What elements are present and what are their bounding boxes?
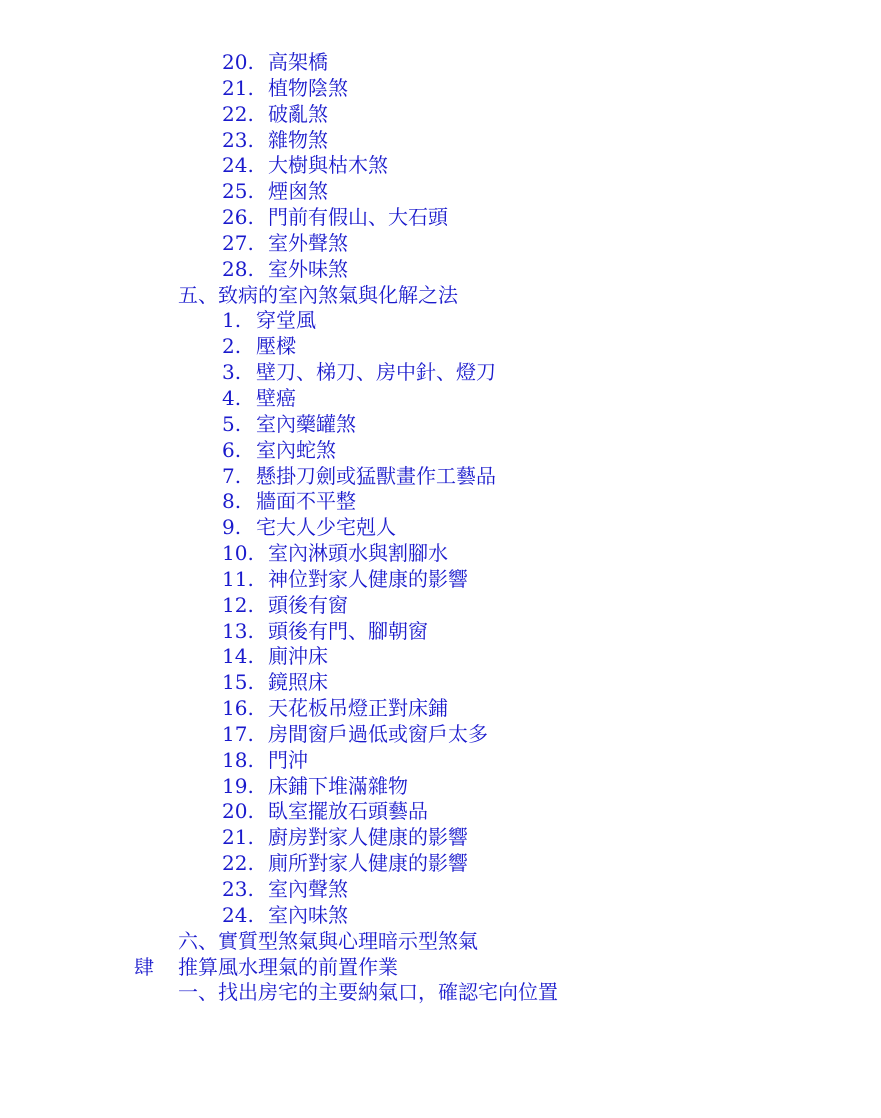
toc-item-number: 23. xyxy=(222,877,254,903)
toc-item-title: 牆面不平整 xyxy=(256,489,356,515)
toc-item-title: 懸掛刀劍或猛獸畫作工藝品 xyxy=(256,464,496,490)
toc-item: 6. 室內蛇煞 xyxy=(0,438,881,464)
table-of-contents: 20. 高架橋 21. 植物陰煞 22. 破亂煞 23. 雜物煞 24. 大樹與… xyxy=(0,50,881,1006)
toc-item-title: 壁癌 xyxy=(256,386,296,412)
toc-item-title: 頭後有窗 xyxy=(268,593,348,619)
toc-item-title: 室內聲煞 xyxy=(268,877,348,903)
toc-item: 9. 宅大人少宅剋人 xyxy=(0,515,881,541)
toc-item-number: 21. xyxy=(222,76,254,102)
toc-item-number: 1. xyxy=(222,308,241,334)
toc-item: 3. 壁刀、梯刀、房中針、燈刀 xyxy=(0,360,881,386)
toc-item: 12. 頭後有窗 xyxy=(0,593,881,619)
toc-item: 20. 臥室擺放石頭藝品 xyxy=(0,799,881,825)
toc-item-number: 15. xyxy=(222,670,254,696)
toc-chapter-heading: 肆 推算風水理氣的前置作業 xyxy=(0,955,881,981)
toc-item: 22. 廁所對家人健康的影響 xyxy=(0,851,881,877)
toc-item-number: 24. xyxy=(222,153,254,179)
toc-item-title: 破亂煞 xyxy=(268,102,328,128)
toc-chapter-title: 推算風水理氣的前置作業 xyxy=(178,955,398,981)
toc-item: 25. 煙囪煞 xyxy=(0,179,881,205)
toc-item-title: 床鋪下堆滿雜物 xyxy=(268,774,408,800)
toc-item-number: 22. xyxy=(222,102,254,128)
toc-item-number: 28. xyxy=(222,257,254,283)
toc-section-heading: 五、致病的室內煞氣與化解之法 xyxy=(0,283,881,309)
toc-item-title: 房間窗戶過低或窗戶太多 xyxy=(268,722,488,748)
toc-item-number: 23. xyxy=(222,128,254,154)
toc-section-title: 五、致病的室內煞氣與化解之法 xyxy=(178,283,458,309)
toc-item: 18. 門沖 xyxy=(0,748,881,774)
toc-section-title: 六、實質型煞氣與心理暗示型煞氣 xyxy=(178,929,478,955)
toc-item-title: 室內蛇煞 xyxy=(256,438,336,464)
toc-item-title: 室外味煞 xyxy=(268,257,348,283)
toc-item-title: 室內藥罐煞 xyxy=(256,412,356,438)
toc-item-title: 門前有假山、大石頭 xyxy=(268,205,448,231)
toc-item-number: 24. xyxy=(222,903,254,929)
toc-section-heading: 六、實質型煞氣與心理暗示型煞氣 xyxy=(0,929,881,955)
toc-item-number: 22. xyxy=(222,851,254,877)
toc-item-number: 3. xyxy=(222,360,241,386)
toc-item-number: 12. xyxy=(222,593,254,619)
toc-section-title: 一、找出房宅的主要納氣口，確認宅向位置 xyxy=(178,980,558,1006)
toc-item-title: 室內味煞 xyxy=(268,903,348,929)
toc-item-title: 煙囪煞 xyxy=(268,179,328,205)
toc-item-title: 門沖 xyxy=(268,748,308,774)
toc-item: 11. 神位對家人健康的影響 xyxy=(0,567,881,593)
toc-item-title: 神位對家人健康的影響 xyxy=(268,567,468,593)
toc-item-number: 2. xyxy=(222,334,241,360)
toc-item-title: 廁所對家人健康的影響 xyxy=(268,851,468,877)
toc-item: 21. 廚房對家人健康的影響 xyxy=(0,825,881,851)
toc-item-number: 8. xyxy=(222,489,241,515)
toc-item-number: 5. xyxy=(222,412,241,438)
toc-item-title: 大樹與枯木煞 xyxy=(268,153,388,179)
toc-item-title: 植物陰煞 xyxy=(268,76,348,102)
toc-item: 16. 天花板吊燈正對床鋪 xyxy=(0,696,881,722)
toc-item-title: 廁沖床 xyxy=(268,644,328,670)
toc-item-title: 宅大人少宅剋人 xyxy=(256,515,396,541)
toc-item: 23. 雜物煞 xyxy=(0,128,881,154)
toc-item-number: 7. xyxy=(222,464,241,490)
toc-item: 8. 牆面不平整 xyxy=(0,489,881,515)
toc-section-heading: 一、找出房宅的主要納氣口，確認宅向位置 xyxy=(0,980,881,1006)
toc-item-number: 16. xyxy=(222,696,254,722)
toc-item-title: 壓樑 xyxy=(256,334,296,360)
toc-item: 10. 室內淋頭水與割腳水 xyxy=(0,541,881,567)
toc-item-title: 鏡照床 xyxy=(268,670,328,696)
toc-item: 26. 門前有假山、大石頭 xyxy=(0,205,881,231)
toc-item-number: 25. xyxy=(222,179,254,205)
toc-item-number: 9. xyxy=(222,515,241,541)
toc-item: 24. 室內味煞 xyxy=(0,903,881,929)
toc-item-title: 穿堂風 xyxy=(256,308,316,334)
toc-item-number: 18. xyxy=(222,748,254,774)
toc-item: 28. 室外味煞 xyxy=(0,257,881,283)
toc-item: 7. 懸掛刀劍或猛獸畫作工藝品 xyxy=(0,464,881,490)
toc-item-number: 20. xyxy=(222,50,254,76)
toc-item-title: 臥室擺放石頭藝品 xyxy=(268,799,428,825)
toc-item: 5. 室內藥罐煞 xyxy=(0,412,881,438)
toc-item-number: 27. xyxy=(222,231,254,257)
toc-item: 1. 穿堂風 xyxy=(0,308,881,334)
toc-item-number: 17. xyxy=(222,722,254,748)
toc-item: 14. 廁沖床 xyxy=(0,644,881,670)
toc-item: 15. 鏡照床 xyxy=(0,670,881,696)
toc-item: 4. 壁癌 xyxy=(0,386,881,412)
toc-item: 20. 高架橋 xyxy=(0,50,881,76)
toc-item-number: 20. xyxy=(222,799,254,825)
toc-item-number: 26. xyxy=(222,205,254,231)
toc-item-number: 21. xyxy=(222,825,254,851)
toc-item-title: 室外聲煞 xyxy=(268,231,348,257)
toc-item: 21. 植物陰煞 xyxy=(0,76,881,102)
toc-item: 27. 室外聲煞 xyxy=(0,231,881,257)
toc-item-number: 13. xyxy=(222,619,254,645)
toc-chapter-number: 肆 xyxy=(134,955,154,981)
toc-item-title: 室內淋頭水與割腳水 xyxy=(268,541,448,567)
toc-item: 13. 頭後有門、腳朝窗 xyxy=(0,619,881,645)
toc-item-title: 高架橋 xyxy=(268,50,328,76)
toc-item-number: 4. xyxy=(222,386,241,412)
toc-item-number: 6. xyxy=(222,438,241,464)
toc-item: 24. 大樹與枯木煞 xyxy=(0,153,881,179)
toc-item: 2. 壓樑 xyxy=(0,334,881,360)
toc-item-number: 19. xyxy=(222,774,254,800)
toc-item-title: 雜物煞 xyxy=(268,128,328,154)
toc-item-number: 14. xyxy=(222,644,254,670)
toc-item-title: 廚房對家人健康的影響 xyxy=(268,825,468,851)
toc-item: 23. 室內聲煞 xyxy=(0,877,881,903)
toc-item: 17. 房間窗戶過低或窗戶太多 xyxy=(0,722,881,748)
toc-item: 19. 床鋪下堆滿雜物 xyxy=(0,774,881,800)
toc-item-title: 頭後有門、腳朝窗 xyxy=(268,619,428,645)
toc-item-number: 11. xyxy=(222,567,254,593)
toc-item-title: 天花板吊燈正對床鋪 xyxy=(268,696,448,722)
toc-item-number: 10. xyxy=(222,541,254,567)
toc-item-title: 壁刀、梯刀、房中針、燈刀 xyxy=(256,360,496,386)
toc-item: 22. 破亂煞 xyxy=(0,102,881,128)
